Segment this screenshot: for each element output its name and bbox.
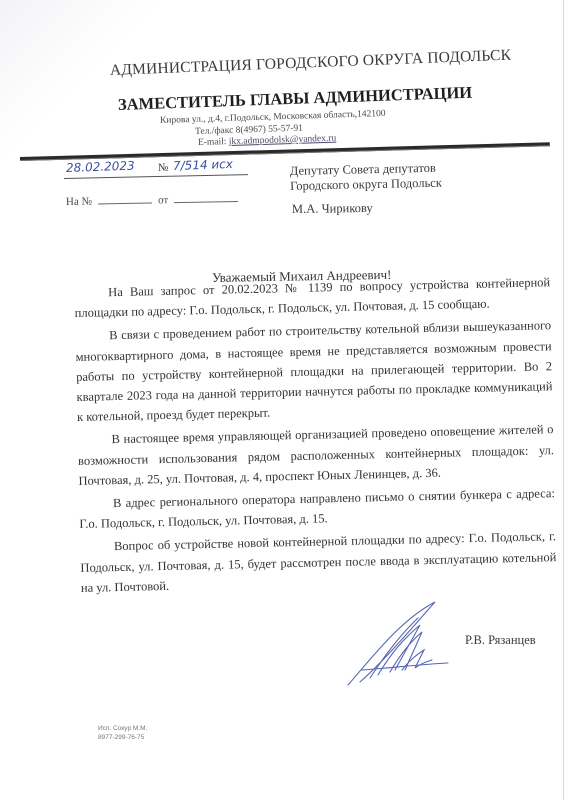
registration-underline [64, 174, 248, 179]
executor-block: Исп. Сокур М.М. 8977-299-76-75 [98, 724, 147, 742]
signature-icon [340, 600, 450, 690]
signer-name: Р.В. Рязанцев [465, 633, 536, 648]
registration-date-handwritten: 28.02.2023 [66, 159, 135, 175]
body-paragraph: В настоящее время управляющей организаци… [77, 420, 554, 491]
letter-body: На Ваш запрос от 20.02.2023 № 1139 по во… [74, 272, 557, 601]
reply-number-label: На № [66, 196, 92, 208]
letterhead-position-title: ЗАМЕСТИТЕЛЬ ГЛАВЫ АДМИНИСТРАЦИИ [118, 83, 473, 115]
reply-date-blank [174, 201, 238, 203]
body-paragraph: Вопрос об устройстве новой контейнерной … [80, 527, 557, 598]
scanned-letter-page: АДМИНИСТРАЦИЯ ГОРОДСКОГО ОКРУГА ПОДОЛЬСК… [0, 0, 566, 800]
registration-number-label: № [158, 162, 169, 174]
executor-name: Исп. Сокур М.М. [98, 724, 147, 733]
page-edge [563, 0, 564, 800]
reply-from-label: от [158, 194, 168, 206]
body-paragraph: В адрес регионального оператора направле… [79, 483, 556, 534]
reply-number-blank [98, 202, 152, 204]
body-paragraph: На Ваш запрос от 20.02.2023 № 1139 по во… [74, 272, 551, 323]
executor-phone: 8977-299-76-75 [98, 733, 147, 742]
reply-reference-row: На №от [66, 193, 244, 208]
letterhead-organization: АДМИНИСТРАЦИЯ ГОРОДСКОГО ОКРУГА ПОДОЛЬСК [110, 47, 512, 80]
email-label: E-mail: [198, 137, 229, 148]
registration-number-handwritten: 7/514 исх [173, 157, 233, 173]
recipient-line-2: Городского округа Подольск [290, 176, 442, 194]
email-link[interactable]: jkx.admpodolsk@yandex.ru [229, 134, 337, 147]
recipient-name: М.А. Чирикову [292, 201, 373, 217]
body-paragraph: В связи с проведением работ по строитель… [75, 316, 553, 428]
recipient-block: Депутату Совета депутатов Городского окр… [290, 161, 442, 194]
